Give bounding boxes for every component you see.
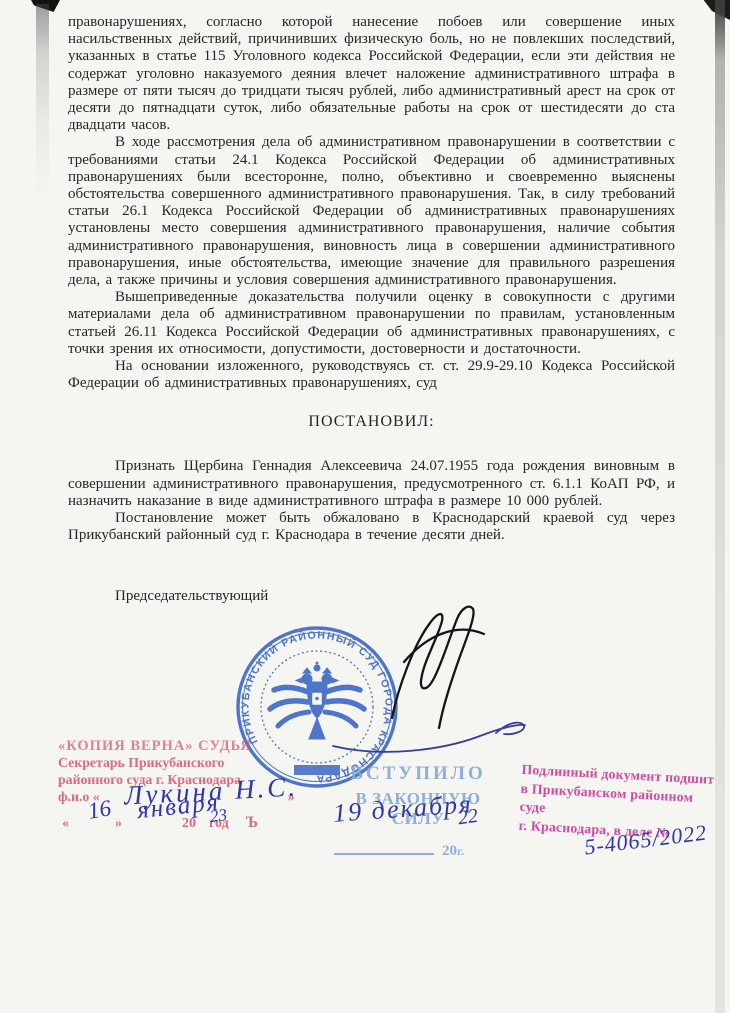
paragraph-case-review: В ходе рассмотрения дела об администрати…: [68, 134, 675, 289]
scanned-court-document: правонарушениях, согласно которой нанесе…: [0, 0, 730, 1013]
paragraph-appeal: Постановление может быть обжаловано в Кр…: [68, 510, 675, 544]
paragraph-evidence-assessment: Вышеприведенные доказательства получили …: [68, 289, 675, 358]
handwritten-copy-year: 23: [209, 805, 229, 827]
ruling-heading: ПОСТАНОВИЛ:: [68, 413, 675, 431]
legal-force-line1: ВСТУПИЛО: [330, 763, 506, 785]
date-blank-line: [334, 841, 434, 855]
paragraph-offense-definition: правонарушениях, согласно которой нанесе…: [68, 14, 675, 134]
paragraph-verdict: Признать Щербина Геннадия Алексеевича 24…: [68, 458, 675, 510]
handwritten-copy-day: 16: [86, 795, 113, 825]
document-body: правонарушениях, согласно которой нанесе…: [68, 14, 675, 605]
scan-shadow-left-edge: [36, 4, 49, 204]
legal-force-date-line: 20г.: [330, 841, 506, 860]
copy-stamp-title: «КОПИЯ ВЕРНА» СУДЬЯ: [58, 738, 378, 755]
presiding-judge-label: Председательствующий: [68, 588, 675, 605]
scan-shadow-right-edge: [715, 0, 725, 1013]
handwritten-force-year: 22: [456, 805, 479, 831]
paragraph-legal-basis: На основании изложенного, руководствуясь…: [68, 358, 675, 392]
